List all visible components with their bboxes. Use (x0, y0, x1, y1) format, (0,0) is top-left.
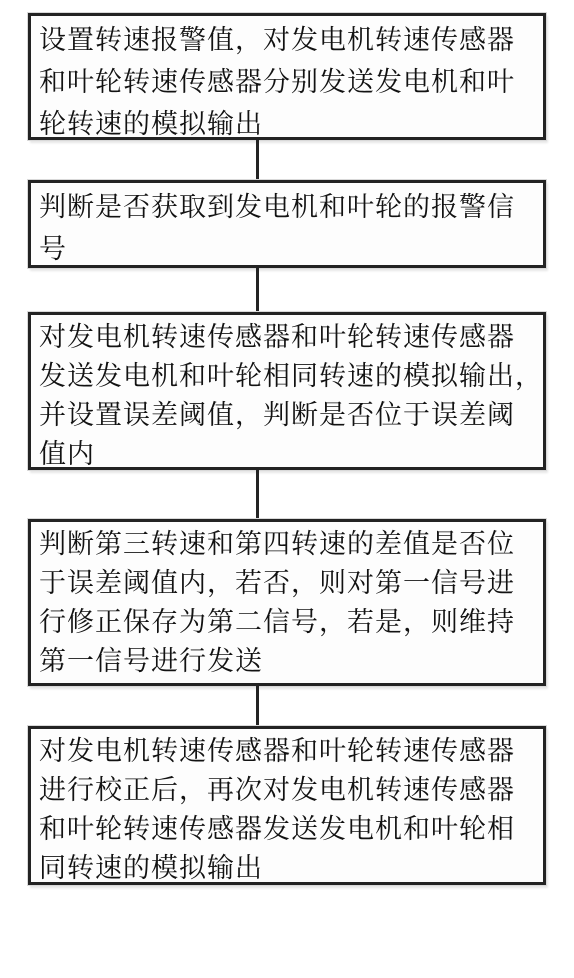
connector-line-1 (256, 140, 259, 180)
step-1-line-2: 和叶轮转速传感器分别发送发电机和叶 (39, 61, 537, 103)
step-4-line-1: 判断第三转速和第四转速的差值是否位 (39, 525, 537, 564)
flow-step-2: 判断是否获取到发电机和叶轮的报警信 号 (28, 180, 546, 268)
flow-step-3: 对发电机转速传感器和叶轮转速传感器 发送发电机和叶轮相同转速的模拟输出， 并设置… (28, 312, 546, 470)
connector-line-3 (256, 470, 259, 519)
step-4-line-2: 于误差阈值内，若否，则对第一信号进 (39, 564, 537, 603)
connector-line-4 (256, 686, 259, 726)
step-1-line-1: 设置转速报警值，对发电机转速传感器 (39, 19, 537, 61)
flow-step-1: 设置转速报警值，对发电机转速传感器 和叶轮转速传感器分别发送发电机和叶 轮转速的… (28, 13, 546, 140)
step-3-line-4: 值内 (39, 435, 537, 470)
flow-step-5: 对发电机转速传感器和叶轮转速传感器 进行校正后，再次对发电机转速传感器 和叶轮转… (28, 726, 546, 885)
connector-line-2 (256, 268, 259, 312)
flowchart-figure: 设置转速报警值，对发电机转速传感器 和叶轮转速传感器分别发送发电机和叶 轮转速的… (0, 0, 574, 978)
step-2-line-2: 号 (39, 228, 537, 268)
step-5-line-1: 对发电机转速传感器和叶轮转速传感器 (39, 732, 537, 771)
step-5-line-4: 同转速的模拟输出 (39, 849, 537, 885)
flow-step-4: 判断第三转速和第四转速的差值是否位 于误差阈值内，若否，则对第一信号进 行修正保… (28, 519, 546, 686)
step-5-line-2: 进行校正后，再次对发电机转速传感器 (39, 771, 537, 810)
step-4-line-4: 第一信号进行发送 (39, 642, 537, 681)
step-2-line-1: 判断是否获取到发电机和叶轮的报警信 (39, 186, 537, 228)
step-3-line-1: 对发电机转速传感器和叶轮转速传感器 (39, 318, 537, 357)
step-4-line-3: 行修正保存为第二信号，若是，则维持 (39, 603, 537, 642)
step-3-line-3: 并设置误差阈值，判断是否位于误差阈 (39, 396, 537, 435)
step-3-line-2: 发送发电机和叶轮相同转速的模拟输出， (39, 357, 537, 396)
step-5-line-3: 和叶轮转速传感器发送发电机和叶轮相 (39, 810, 537, 849)
step-1-line-3: 轮转速的模拟输出 (39, 103, 537, 140)
